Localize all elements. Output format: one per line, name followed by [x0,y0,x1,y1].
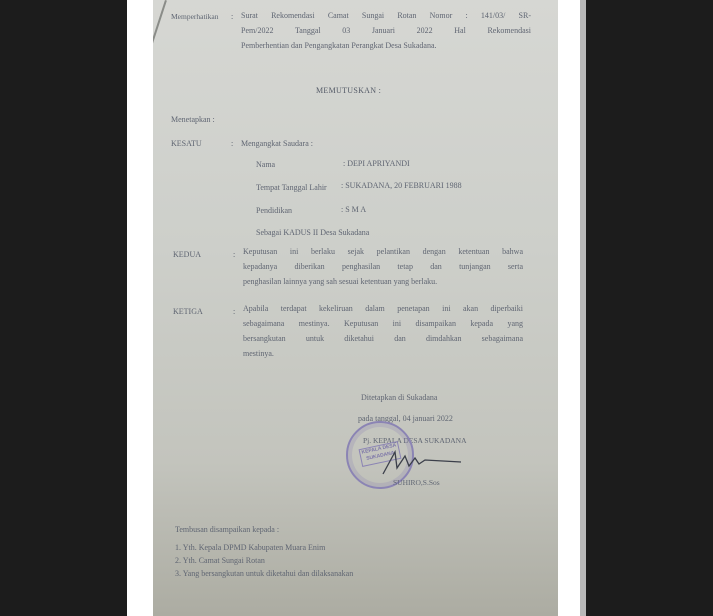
paper-fold-line [153,0,167,58]
kedua-label: KEDUA [173,250,201,259]
kedua-sep: : [233,250,235,259]
field-ttl-value: : SUKADANA, 20 FEBRUARI 1988 [341,181,462,190]
document-photo: Memperhatikan : Surat Rekomendasi Camat … [153,0,558,616]
kesatu-label: KESATU [171,139,202,148]
kesatu-intro: Mengangkat Saudara : [241,139,313,148]
field-pendidikan-label: Pendidikan [256,206,292,215]
memutuskan-heading: MEMUTUSKAN : [316,86,381,95]
ketiga-text: Apabila terdapat kekeliruan dalam peneta… [243,301,523,361]
field-ttl-label: Tempat Tanggal Lahir [256,183,327,192]
sebagai-text: Sebagai KADUS II Desa Sukadana [256,228,369,237]
right-white-margin [558,0,580,616]
field-nama-label: Nama [256,160,275,169]
kesatu-sep: : [231,139,233,148]
ditetapkan-place: Ditetapkan di Sukadana [361,393,437,402]
menetapkan-label: Menetapkan : [171,115,215,124]
signature-icon [375,448,465,478]
signatory-name: SUHIRO,S.Sos [393,478,440,487]
field-pendidikan-value: : S M A [341,205,366,214]
field-nama-value: : DEPI APRIYANDI [343,159,410,168]
kedua-text: Keputusan ini berlaku sejak pelantikan d… [243,244,523,289]
tembusan-title: Tembusan disampaikan kepada : [175,525,279,534]
tembusan-item: 3. Yang bersangkutan untuk diketahui dan… [175,569,353,578]
ketiga-sep: : [233,307,235,316]
left-white-margin [127,0,153,616]
memperhatikan-text: Surat Rekomendasi Camat Sungai Rotan Nom… [241,8,531,53]
tembusan-item: 2. Yth. Camat Sungai Rotan [175,556,265,565]
memperhatikan-label: Memperhatikan [171,12,218,21]
tembusan-item: 1. Yth. Kepala DPMD Kabupaten Muara Enim [175,543,325,552]
memperhatikan-sep: : [231,12,233,21]
left-dark-panel [0,0,127,616]
right-dark-panel [586,0,713,616]
ketiga-label: KETIGA [173,307,203,316]
